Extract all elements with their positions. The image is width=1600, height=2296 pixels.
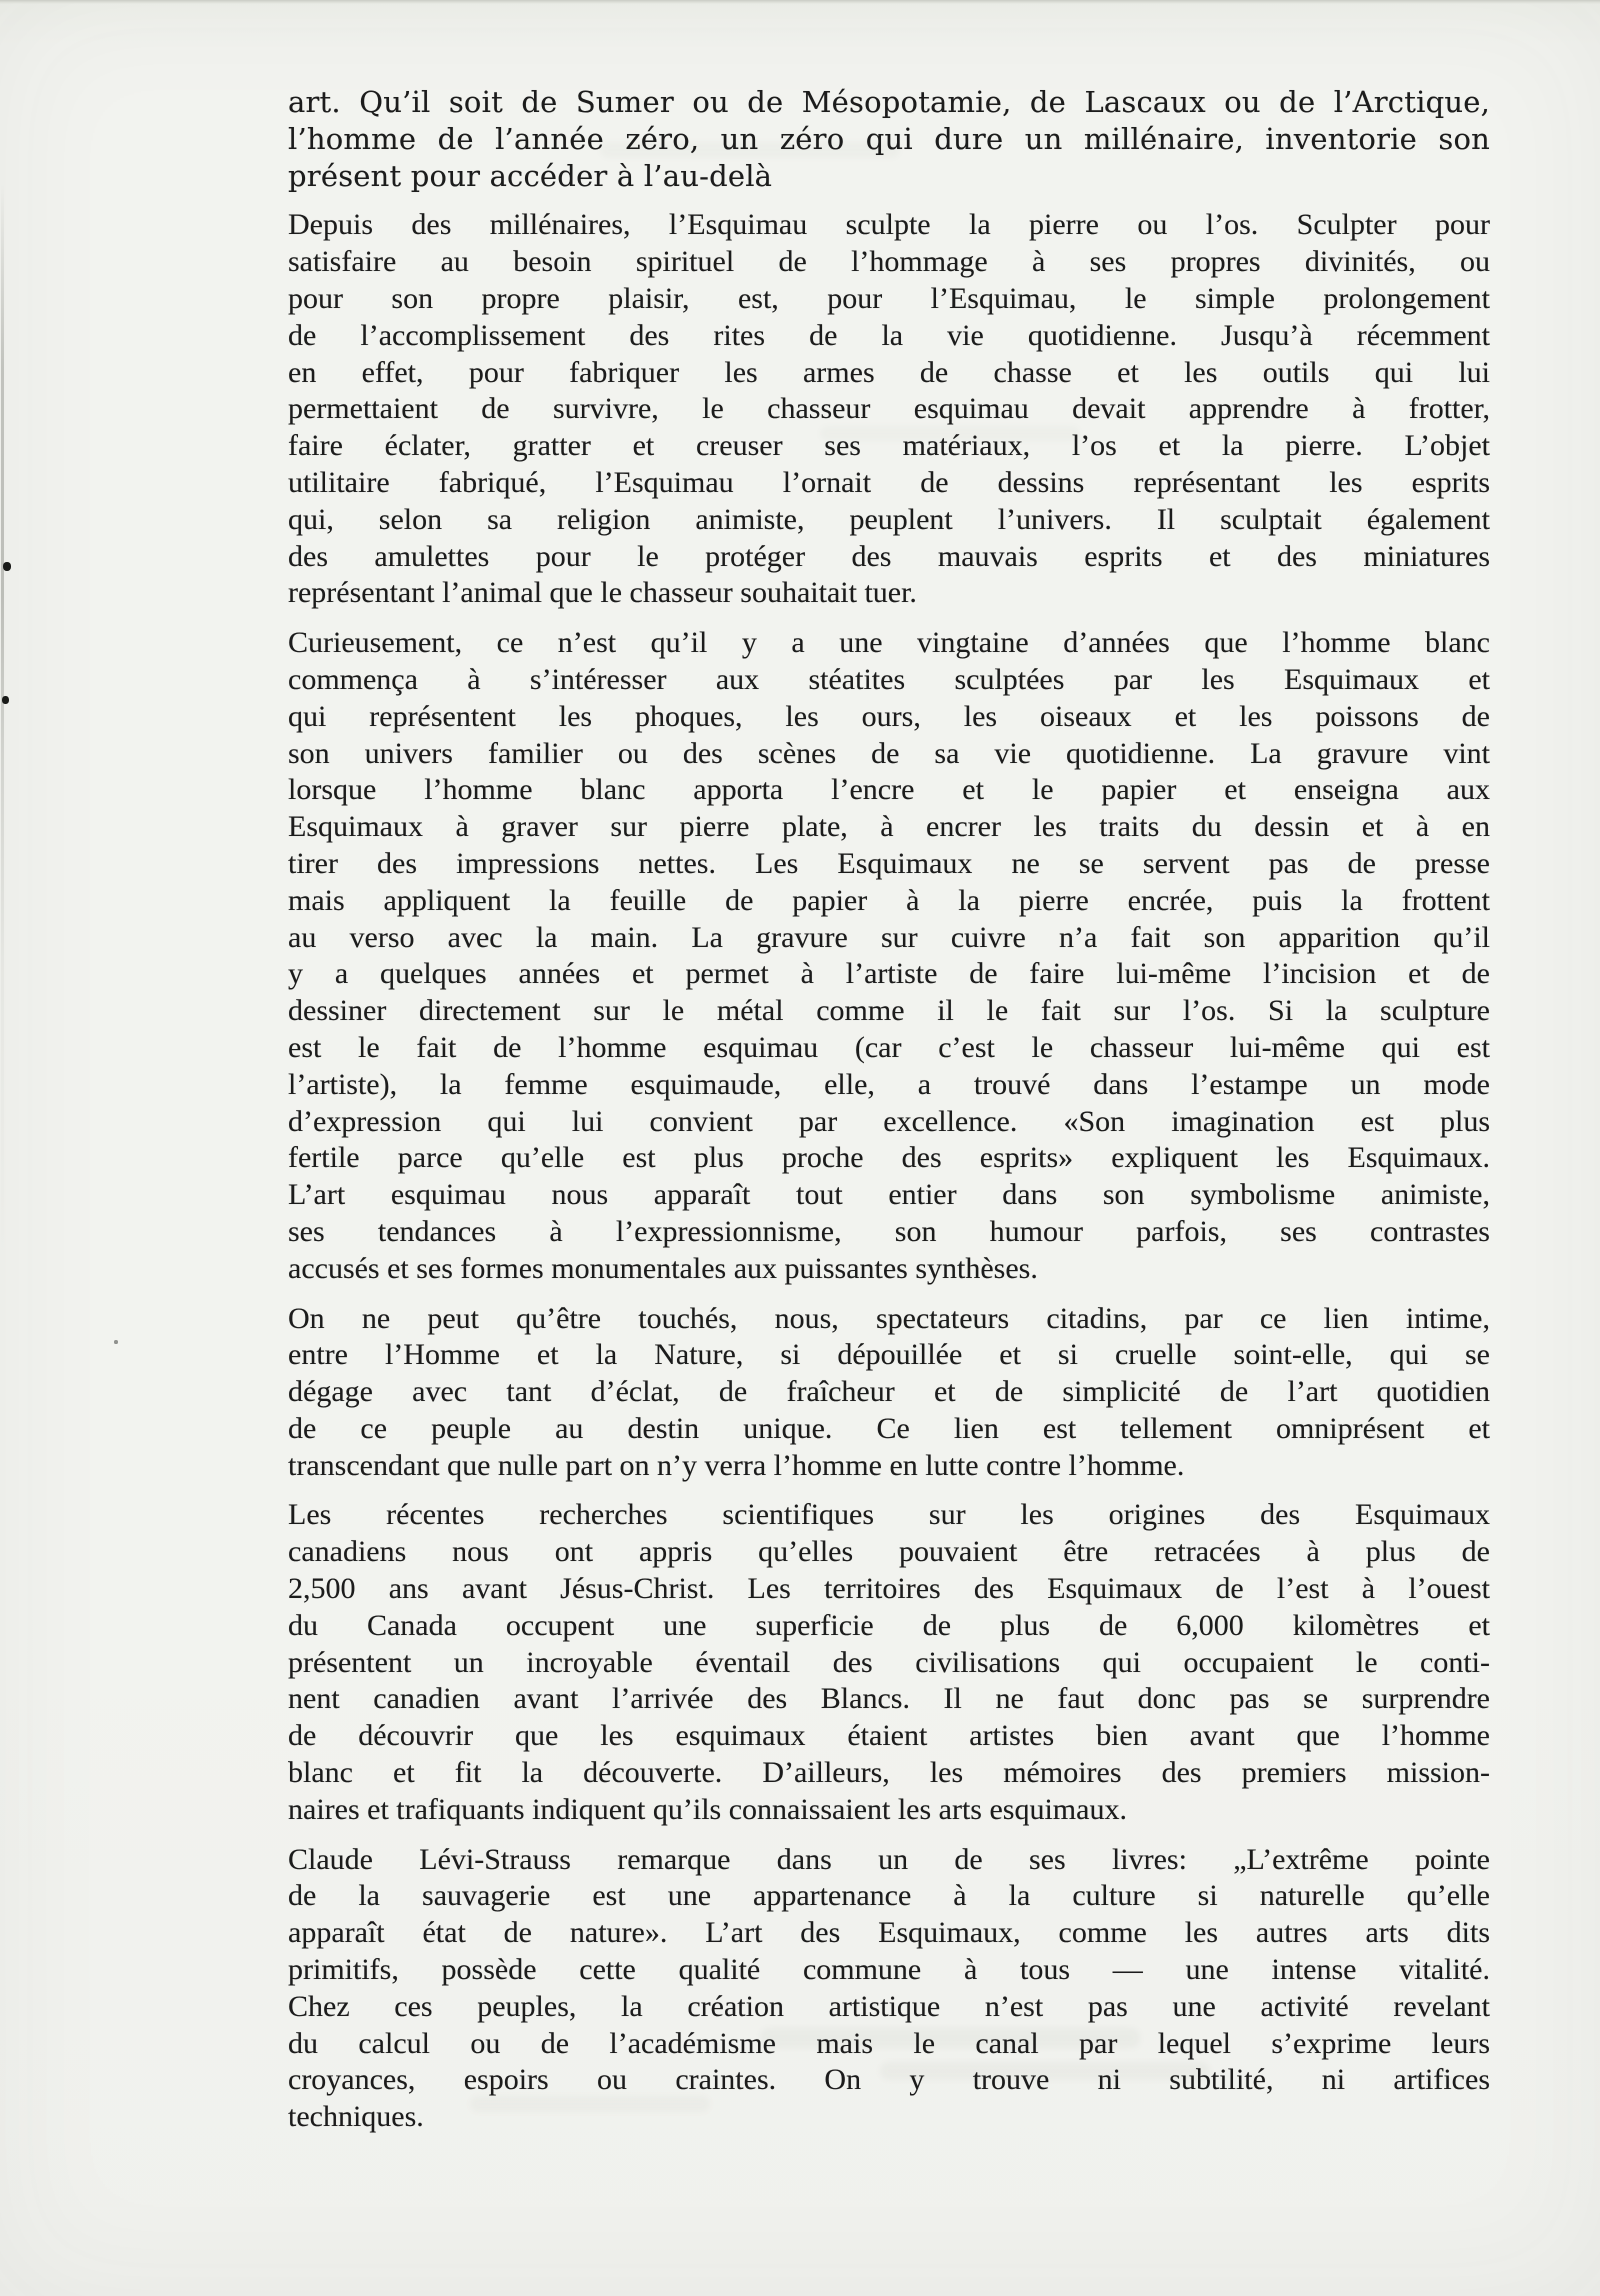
text-line: présentent un incroyable éventail des ci…	[288, 1645, 1490, 1682]
page-top-edge-shadow	[0, 0, 1600, 4]
text-line: entre l’Homme et la Nature, si dépouillé…	[288, 1337, 1490, 1374]
text-line: représentant l’animal que le chasseur so…	[288, 575, 1490, 612]
text-line: transcendant que nulle part on n’y verra…	[288, 1448, 1490, 1485]
text-line: Depuis des millénaires, l’Esquimau sculp…	[288, 207, 1490, 244]
text-line: tirer des impressions nettes. Les Esquim…	[288, 846, 1490, 883]
text-line: de découvrir que les esquimaux étaient a…	[288, 1718, 1490, 1755]
text-line: satisfaire au besoin spirituel de l’homm…	[288, 244, 1490, 281]
paragraph: On ne peut qu’être touchés, nous, specta…	[288, 1301, 1490, 1485]
paragraph: Curieusement, ce n’est qu’il y a une vin…	[288, 625, 1490, 1287]
text-line: y a quelques années et permet à l’artist…	[288, 956, 1490, 993]
text-line: qui, selon sa religion animiste, peuplen…	[288, 502, 1490, 539]
text-line: dessiner directement sur le métal comme …	[288, 993, 1490, 1030]
text-line: blanc et fit la découverte. D’ailleurs, …	[288, 1755, 1490, 1792]
text-line: art. Qu’il soit de Sumer ou de Mésopotam…	[288, 84, 1490, 121]
text-line: l’homme de l’année zéro, un zéro qui dur…	[288, 121, 1490, 158]
ink-speck	[114, 1340, 118, 1344]
ink-speck	[3, 562, 11, 571]
text-line: croyances, espoirs ou craintes. On y tro…	[288, 2062, 1490, 2099]
text-line: Curieusement, ce n’est qu’il y a une vin…	[288, 625, 1490, 662]
text-line: de la sauvagerie est une appartenance à …	[288, 1878, 1490, 1915]
text-line: permettaient de survivre, le chasseur es…	[288, 391, 1490, 428]
text-line: lorsque l’homme blanc apporta l’encre et…	[288, 772, 1490, 809]
text-line: du Canada occupent une superficie de plu…	[288, 1608, 1490, 1645]
text-line: fertile parce qu’elle est plus proche de…	[288, 1140, 1490, 1177]
text-line: mais appliquent la feuille de papier à l…	[288, 883, 1490, 920]
page-left-edge-shadow	[1, 0, 4, 2296]
text-line: présent pour accéder à l’au-delà	[288, 158, 1490, 195]
text-line: techniques.	[288, 2099, 1490, 2136]
text-line: d’expression qui lui convient par excell…	[288, 1104, 1490, 1141]
text-line: Chez ces peuples, la création artistique…	[288, 1989, 1490, 2026]
ink-speck	[2, 696, 9, 704]
text-line: canadiens nous ont appris qu’elles pouva…	[288, 1534, 1490, 1571]
text-line: des amulettes pour le protéger des mauva…	[288, 539, 1490, 576]
text-line: ses tendances à l’expressionnisme, son h…	[288, 1214, 1490, 1251]
text-line: On ne peut qu’être touchés, nous, specta…	[288, 1301, 1490, 1338]
paragraph: Claude Lévi-Strauss remarque dans un de …	[288, 1842, 1490, 2136]
paragraph: Les récentes recherches scientifiques su…	[288, 1497, 1490, 1828]
text-line: est le fait de l’homme esquimau (car c’e…	[288, 1030, 1490, 1067]
text-line: Esquimaux à graver sur pierre plate, à e…	[288, 809, 1490, 846]
text-line: au verso avec la main. La gravure sur cu…	[288, 920, 1490, 957]
text-line: L’art esquimau nous apparaît tout entier…	[288, 1177, 1490, 1214]
text-line: de ce peuple au destin unique. Ce lien e…	[288, 1411, 1490, 1448]
text-line: du calcul ou de l’académisme mais le can…	[288, 2026, 1490, 2063]
text-line: primitifs, possède cette qualité commune…	[288, 1952, 1490, 1989]
text-line: utilitaire fabriqué, l’Esquimau l’ornait…	[288, 465, 1490, 502]
text-line: en effet, pour fabriquer les armes de ch…	[288, 355, 1490, 392]
text-column: art. Qu’il soit de Sumer ou de Mésopotam…	[288, 84, 1490, 2149]
text-line: commença à s’intéresser aux stéatites sc…	[288, 662, 1490, 699]
text-line: dégage avec tant d’éclat, de fraîcheur e…	[288, 1374, 1490, 1411]
scanned-page: art. Qu’il soit de Sumer ou de Mésopotam…	[0, 0, 1600, 2296]
text-line: qui représentent les phoques, les ours, …	[288, 699, 1490, 736]
text-line: accusés et ses formes monumentales aux p…	[288, 1251, 1490, 1288]
text-line: apparaît état de nature». L’art des Esqu…	[288, 1915, 1490, 1952]
text-line: nent canadien avant l’arrivée des Blancs…	[288, 1681, 1490, 1718]
paragraph: Depuis des millénaires, l’Esquimau sculp…	[288, 207, 1490, 612]
text-line: de l’accomplissement des rites de la vie…	[288, 318, 1490, 355]
text-line: faire éclater, gratter et creuser ses ma…	[288, 428, 1490, 465]
text-line: l’artiste), la femme esquimaude, elle, a…	[288, 1067, 1490, 1104]
text-line: 2,500 ans avant Jésus-Christ. Les territ…	[288, 1571, 1490, 1608]
text-line: naires et trafiquants indiquent qu’ils c…	[288, 1792, 1490, 1829]
text-line: pour son propre plaisir, est, pour l’Esq…	[288, 281, 1490, 318]
paragraph: art. Qu’il soit de Sumer ou de Mésopotam…	[288, 84, 1490, 194]
text-line: Claude Lévi-Strauss remarque dans un de …	[288, 1842, 1490, 1879]
text-line: Les récentes recherches scientifiques su…	[288, 1497, 1490, 1534]
text-line: son univers familier ou des scènes de sa…	[288, 736, 1490, 773]
